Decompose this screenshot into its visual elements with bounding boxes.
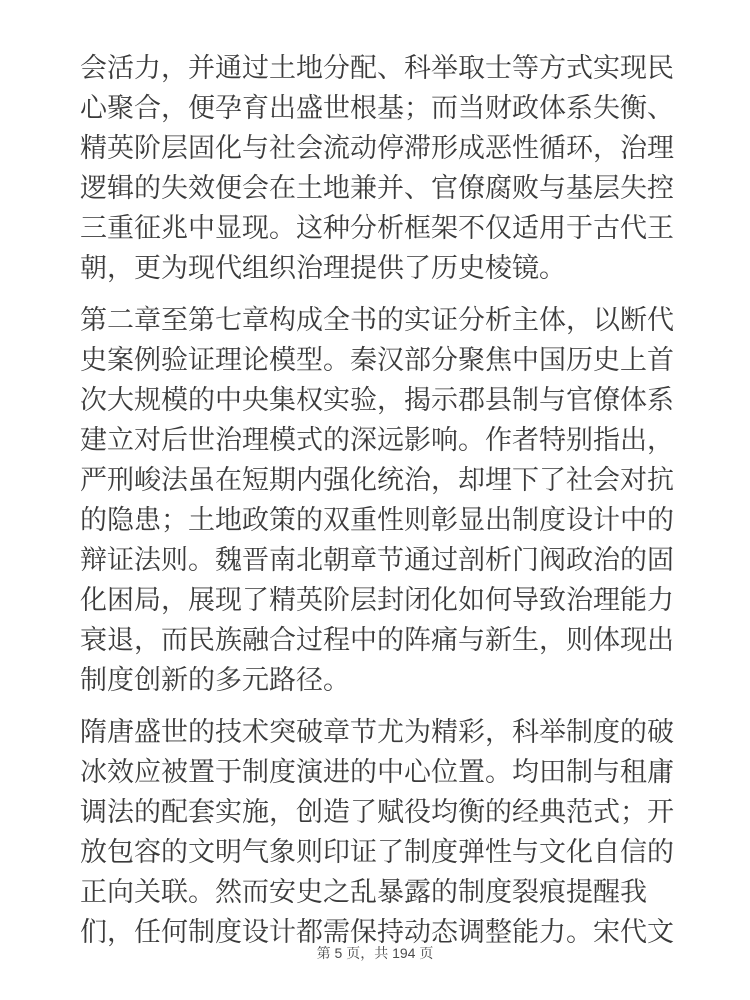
text-line: 冰效应被置于制度演进的中心位置。均田制与租庸 — [80, 752, 680, 792]
page-footer: 第 5 页，共 194 页 — [0, 944, 750, 963]
text-line: 化困局，展现了精英阶层封闭化如何导致治理能力 — [80, 580, 680, 620]
text-line: 隋唐盛世的技术突破章节尤为精彩，科举制度的破 — [80, 712, 680, 752]
text-line: 史案例验证理论模型。秦汉部分聚焦中国历史上首 — [80, 340, 680, 380]
text-line: 精英阶层固化与社会流动停滞形成恶性循环，治理 — [80, 128, 680, 168]
document-page: 会活力，并通过土地分配、科举取士等方式实现民心聚合，便孕育出盛世根基；而当财政体… — [0, 0, 750, 1000]
text-line: 会活力，并通过土地分配、科举取士等方式实现民 — [80, 48, 680, 88]
text-line: 第二章至第七章构成全书的实证分析主体，以断代 — [80, 300, 680, 340]
text-line: 建立对后世治理模式的深远影响。作者特别指出， — [80, 420, 680, 460]
text-line: 次大规模的中央集权实验，揭示郡县制与官僚体系 — [80, 380, 680, 420]
text-line: 朝，更为现代组织治理提供了历史棱镜。 — [80, 248, 680, 288]
text-line: 调法的配套实施，创造了赋役均衡的经典范式；开 — [80, 792, 680, 832]
paragraph-1: 会活力，并通过土地分配、科举取士等方式实现民心聚合，便孕育出盛世根基；而当财政体… — [80, 48, 680, 288]
text-line: 的隐患；土地政策的双重性则彰显出制度设计中的 — [80, 500, 680, 540]
text-line: 逻辑的失效便会在土地兼并、官僚腐败与基层失控 — [80, 168, 680, 208]
text-line: 放包容的文明气象则印证了制度弹性与文化自信的 — [80, 832, 680, 872]
text-line: 心聚合，便孕育出盛世根基；而当财政体系失衡、 — [80, 88, 680, 128]
document-content: 会活力，并通过土地分配、科举取士等方式实现民心聚合，便孕育出盛世根基；而当财政体… — [80, 48, 680, 964]
text-line: 制度创新的多元路径。 — [80, 660, 680, 700]
paragraph-2: 第二章至第七章构成全书的实证分析主体，以断代史案例验证理论模型。秦汉部分聚焦中国… — [80, 300, 680, 700]
text-line: 衰退，而民族融合过程中的阵痛与新生，则体现出 — [80, 620, 680, 660]
paragraph-3: 隋唐盛世的技术突破章节尤为精彩，科举制度的破冰效应被置于制度演进的中心位置。均田… — [80, 712, 680, 952]
text-line: 严刑峻法虽在短期内强化统治，却埋下了社会对抗 — [80, 460, 680, 500]
text-line: 辩证法则。魏晋南北朝章节通过剖析门阀政治的固 — [80, 540, 680, 580]
page-number-indicator: 第 5 页，共 194 页 — [317, 945, 434, 961]
text-line: 正向关联。然而安史之乱暴露的制度裂痕提醒我 — [80, 872, 680, 912]
text-line: 三重征兆中显现。这种分析框架不仅适用于古代王 — [80, 208, 680, 248]
